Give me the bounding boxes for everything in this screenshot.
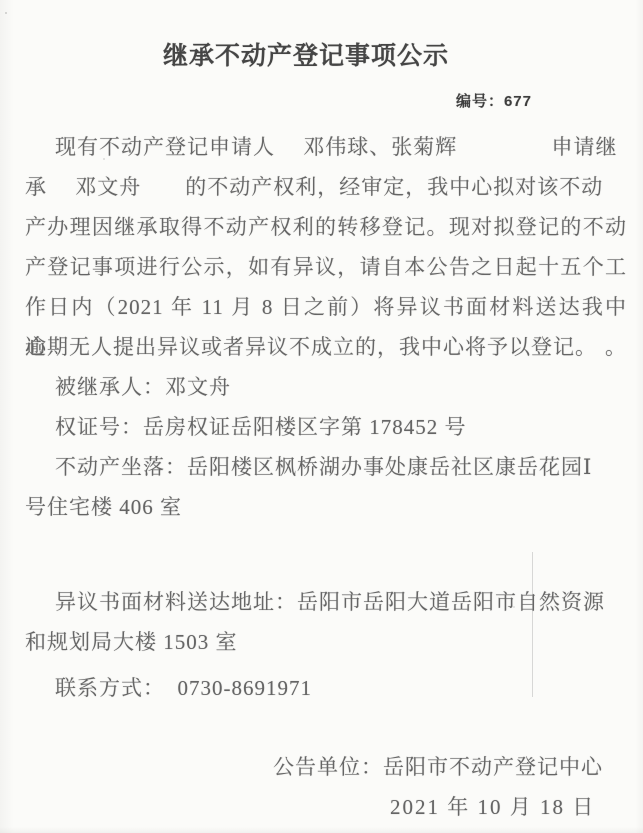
decedent-line: 被继承人：邓文舟 [25,367,627,407]
scanned-notice-page: 继承不动产登记事项公示 编号：677 现有不动产登记申请人 邓伟球、张菊辉 申请… [0,0,643,833]
paragraph-line-6: 逾期无人提出异议或者异议不成立的，我中心将予以登记。 [25,327,627,367]
date-line: 2021 年 10 月 18 日 [25,787,627,827]
contact-line: 联系方式： 0730-8691971 [25,668,627,708]
scan-speckle [103,158,105,160]
location-line-2: 号住宅楼 406 室 [25,487,627,527]
certificate-line: 权证号：岳房权证岳阳楼区字第 178452 号 [25,407,627,447]
paragraph-line-4: 产登记事项进行公示，如有异议，请自本公告之日起十五个工 [25,247,627,287]
scan-speckle [513,606,515,608]
notice-body: 现有不动产登记申请人 邓伟球、张菊辉 申请继 承 邓文舟 的不动产权利，经审定，… [25,127,627,708]
objection-address-line-1: 异议书面材料送达地址：岳阳市岳阳大道岳阳市自然资源 [25,582,627,622]
paragraph-line-3: 产办理因继承取得不动产权利的转移登记。现对拟登记的不动 [25,207,627,247]
scan-artifact-line [532,552,533,697]
notice-title: 继承不动产登记事项公示 [25,40,627,72]
objection-address-line-2: 和规划局大楼 1503 室 [25,622,627,662]
paragraph-line-5: 作日内（2021 年 11 月 8 日之前）将异议书面材料送达我中心。 [25,287,627,327]
notice-footer: 公告单位：岳阳市不动产登记中心 2021 年 10 月 18 日 [25,747,627,827]
location-line-1: 不动产坐落：岳阳楼区枫桥湖办事处康岳社区康岳花园Ⅰ [25,447,627,487]
doc-number-line: 编号：677 [25,92,627,112]
doc-number-label: 编号： [456,93,504,110]
paragraph-line-1: 现有不动产登记申请人 邓伟球、张菊辉 申请继 [25,127,627,167]
scan-speckle [5,12,7,14]
issuer-line: 公告单位：岳阳市不动产登记中心 [25,747,627,787]
doc-number-value: 677 [504,93,532,110]
paragraph-line-2: 承 邓文舟 的不动产权利，经审定，我中心拟对该不动 [25,167,627,207]
scan-speckle [351,144,353,146]
